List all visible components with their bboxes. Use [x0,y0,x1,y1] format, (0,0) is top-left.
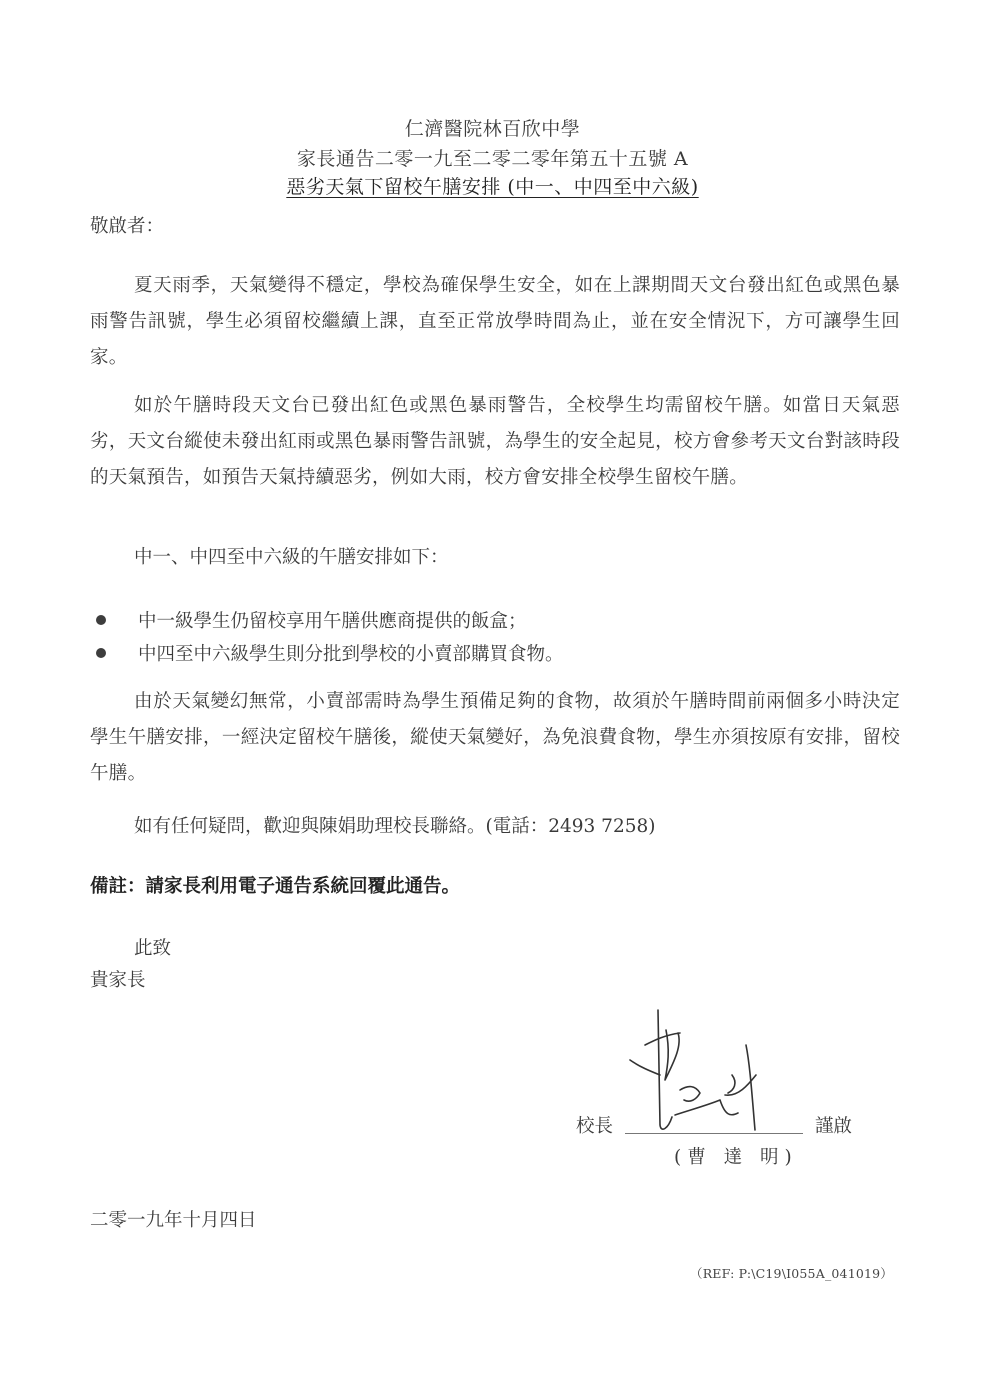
list-item: 中一級學生仍留校享用午膳供應商提供的飯盒； [90,603,564,636]
paragraph-lunch-policy: 如於午膳時段天文台已發出紅色或黑色暴雨警告，全校學生均需留校午膳。如當日天氣惡劣… [90,388,900,496]
reference-code: （REF: P:\C19\I055A_041019） [690,1264,893,1282]
bullet-icon [96,648,106,658]
school-name: 仁濟醫院林百欣中學 [0,114,985,141]
salutation: 敬啟者： [90,212,164,238]
issue-date: 二零一九年十月四日 [90,1206,257,1232]
signature-line [625,1133,803,1134]
bullet-icon [96,615,106,625]
principal-name: (曹 達 明) [674,1143,798,1169]
paragraph-decision-timing: 由於天氣變幻無常，小賣部需時為學生預備足夠的食物，故須於午膳時間前兩個多小時決定… [90,684,900,792]
paragraph-contact: 如有任何疑問，歡迎與陳娟助理校長聯絡。(電話：2493 7258) [134,812,655,838]
signature-label: 校長 [576,1112,613,1138]
signature-suffix: 謹啟 [815,1112,852,1138]
paragraph-rainstorm-policy: 夏天雨季，天氣變得不穩定，學校為確保學生安全，如在上課期間天文台發出紅色或黑色暴… [90,268,900,376]
paragraph-arrangement-intro: 中一、中四至中六級的午膳安排如下： [134,543,449,569]
list-item-text: 中四至中六級學生則分批到學校的小賣部購買食物。 [138,640,564,666]
closing-line-1: 此致 [134,934,171,960]
closing-line-2: 貴家長 [90,966,146,992]
signature-icon [620,1005,790,1135]
notice-number: 家長通告二零一九至二零二零年第五十五號 A [0,144,985,171]
remark: 備註：請家長利用電子通告系統回覆此通告。 [90,872,460,898]
notice-title: 惡劣天氣下留校午膳安排 (中一、中四至中六級) [0,172,985,199]
arrangement-list: 中一級學生仍留校享用午膳供應商提供的飯盒； 中四至中六級學生則分批到學校的小賣部… [90,603,564,669]
list-item-text: 中一級學生仍留校享用午膳供應商提供的飯盒； [138,607,527,633]
list-item: 中四至中六級學生則分批到學校的小賣部購買食物。 [90,636,564,669]
